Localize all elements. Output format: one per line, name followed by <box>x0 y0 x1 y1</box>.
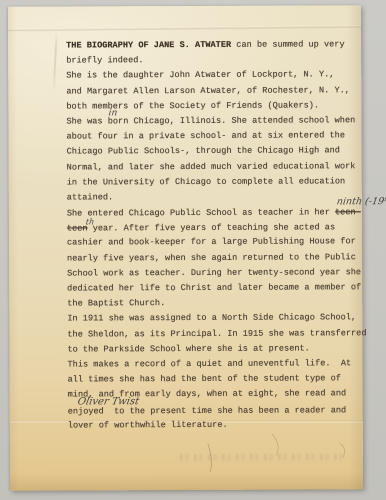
faint-offset-marks <box>180 453 345 461</box>
typed-segment: and Margaret Allen Larson Atwater, of Ro… <box>66 85 350 96</box>
text-line: and Margaret Allen Larson Atwater, of Ro… <box>66 83 361 99</box>
typed-segment: year. After five years of teaching she a… <box>88 223 336 234</box>
typed-segment: School work as teacher. During her twent… <box>67 267 361 278</box>
typed-text: THE BIOGRAPHY OF JANE S. ATWATER can be … <box>66 37 363 433</box>
text-line: the Baptist Church. <box>67 295 362 311</box>
typed-segment: about four in a private school- and at s… <box>66 130 345 141</box>
typed-segment: teen- <box>335 207 361 217</box>
text-line: about four in a private school- and at s… <box>66 128 361 144</box>
text-line: to the Parkside School where she is at p… <box>67 341 362 357</box>
text-line: attained. <box>67 189 362 205</box>
typed-segment: Normal, and later she added much varied … <box>67 161 356 172</box>
fold-crease-top <box>8 25 361 32</box>
text-line: lover of worthwhile literature. <box>68 417 363 433</box>
typed-segment: briefly indeed. <box>66 55 143 65</box>
typed-segment: the Baptist Church. <box>67 298 165 308</box>
text-line: THE BIOGRAPHY OF JANE S. ATWATER can be … <box>66 37 361 53</box>
text-line: the Sheldon, as its Principal. In 1915 s… <box>67 326 362 342</box>
typed-segment: born Chicago, Illinois. She attended sch… <box>108 115 356 126</box>
text-line: teenth year. After five years of teachin… <box>67 219 362 235</box>
typed-segment: dedicated her life to Christ and later b… <box>67 282 361 293</box>
typed-segment: to the present time she has been a reade… <box>114 405 346 416</box>
typed-segment: attained. <box>67 192 113 202</box>
text-line: briefly indeed. <box>66 52 361 68</box>
typed-segment: She is the daughter John Atwater of Lock… <box>66 70 334 81</box>
text-line: in the University of Chicago to complete… <box>67 174 362 190</box>
typed-segment: cashier and book-keeper for a large Publ… <box>67 237 356 248</box>
typed-segment: both members of the Society of Friends (… <box>66 100 319 111</box>
text-line: She entered Chicago Public School as tea… <box>67 204 362 220</box>
typed-segment: She was <box>66 116 107 126</box>
text-line: Normal, and later she added much varied … <box>67 159 362 175</box>
text-line: cashier and book-keeper for a large Publ… <box>67 235 362 251</box>
typed-segment: THE BIOGRAPHY OF JANE S. ATWATER <box>66 40 231 51</box>
typed-segment: This makes a record of a quiet and uneve… <box>67 358 351 369</box>
text-line: She was inborn Chicago, Illinois. She at… <box>66 113 361 129</box>
text-line: This makes a record of a quiet and uneve… <box>67 356 362 372</box>
typed-segment: nearly five years, when she again return… <box>67 252 356 263</box>
typed-segment: the Sheldon, as its Principal. In 1915 s… <box>67 328 366 339</box>
photo-background: THE BIOGRAPHY OF JANE S. ATWATER can be … <box>0 0 386 500</box>
text-line: nearly five years, when she again return… <box>67 250 362 266</box>
document-page: THE BIOGRAPHY OF JANE S. ATWATER can be … <box>8 5 363 491</box>
typed-segment: in the University of Chicago to complete… <box>67 176 346 187</box>
typed-segment: lover of worthwhile literature. <box>68 420 228 431</box>
text-line: School work as teacher. During her twent… <box>67 265 362 281</box>
text-line: She is the daughter John Atwater of Lock… <box>66 68 361 84</box>
text-line: dedicated her life to Christ and later b… <box>67 280 362 296</box>
text-line: In 1911 she was assigned to a North Side… <box>67 311 362 327</box>
typed-segment: She entered Chicago Public School as tea… <box>67 207 335 218</box>
typed-segment: all times she has had the bent of the st… <box>68 373 341 384</box>
typed-segment: Chicago Public Schools-, through the Chi… <box>67 146 340 157</box>
typed-segment: In 1911 she was assigned to a North Side… <box>67 313 356 324</box>
fold-crease-left <box>53 31 58 93</box>
text-line: Chicago Public Schools-, through the Chi… <box>67 144 362 160</box>
text-line: all times she has had the bent of the st… <box>68 371 363 387</box>
typed-segment: to the Parkside School where she is at p… <box>67 343 309 354</box>
text-line: enjoyed Oliver Twistto the present time … <box>68 402 363 418</box>
typed-segment: can be summed up very <box>231 39 345 49</box>
